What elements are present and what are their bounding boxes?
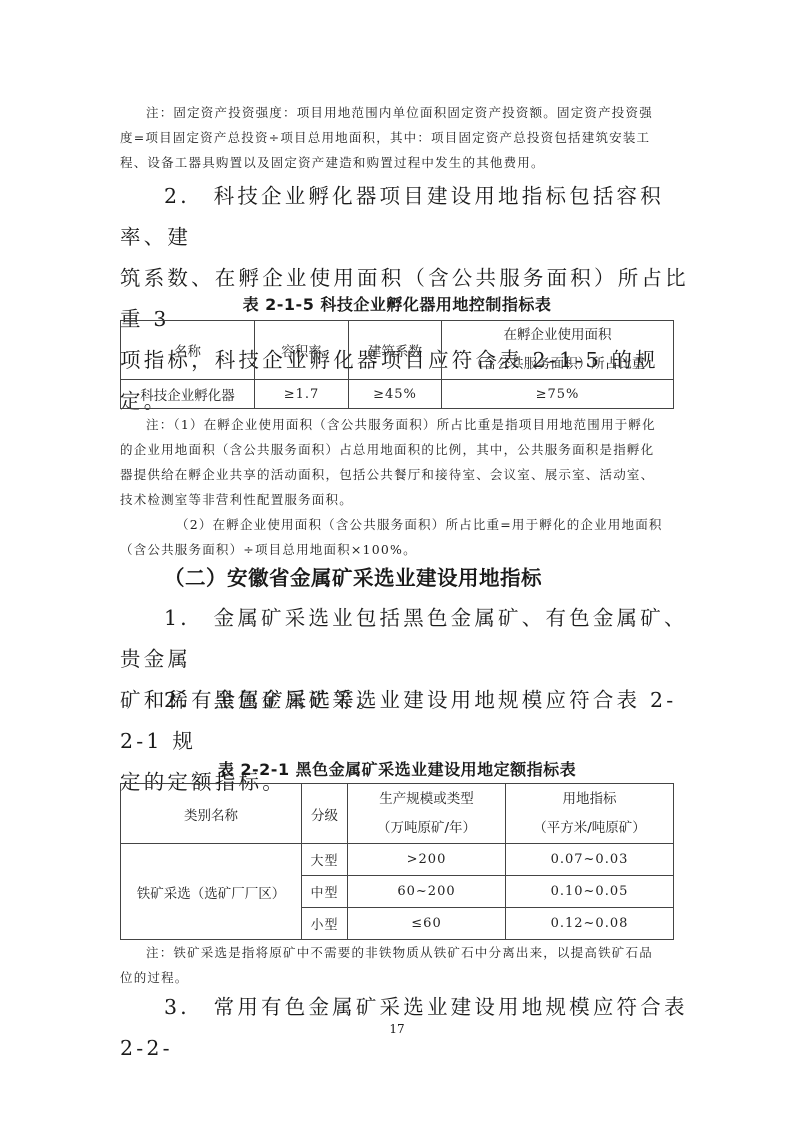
cell-scale: ≤60 — [348, 908, 506, 940]
table-ferrous-mining-land-quota: 类别名称 分级 生产规模或类型 （万吨原矿/年） 用地指标 （平方米/吨原矿） … — [120, 783, 674, 940]
note-line: 注：铁矿采选是指将原矿中不需要的非铁物质从铁矿石中分离出来，以提高铁矿石品 — [120, 940, 690, 965]
note-investment-intensity: 注：固定资产投资强度：项目用地范围内单位面积固定资产投资额。固定资产投资强 度=… — [120, 100, 680, 175]
note-line: 度=项目固定资产总投资÷项目总用地面积，其中：项目固定资产总投资包括建筑安装工 — [120, 125, 680, 150]
table-header-row: 名称 容积率 建筑系数 在孵企业使用面积 （含公共服务面积）所占比重 — [121, 321, 674, 380]
header-line: 用地指标 — [506, 785, 673, 814]
table-row: 铁矿采选（选矿厂厂区） 大型 >200 0.07~0.03 — [121, 844, 674, 876]
header-incubated-area-share: 在孵企业使用面积 （含公共服务面积）所占比重 — [442, 321, 674, 380]
note-line: 注：（1）在孵企业使用面积（含公共服务面积）所占比重是指项目用地范围用于孵化 — [120, 412, 690, 437]
note-table-2-1-5: 注：（1）在孵企业使用面积（含公共服务面积）所占比重是指项目用地范围用于孵化 的… — [120, 412, 690, 562]
note-line: （2）在孵企业使用面积（含公共服务面积）所占比重=用于孵化的企业用地面积 — [120, 512, 690, 537]
section-heading-metal-mining: （二）安徽省金属矿采选业建设用地指标 — [164, 561, 542, 591]
table-header-row: 类别名称 分级 生产规模或类型 （万吨原矿/年） 用地指标 （平方米/吨原矿） — [121, 784, 674, 844]
header-category: 类别名称 — [121, 784, 302, 844]
note-table-2-2-1: 注：铁矿采选是指将原矿中不需要的非铁物质从铁矿石中分离出来，以提高铁矿石品 位的… — [120, 940, 690, 990]
header-land-index: 用地指标 （平方米/吨原矿） — [506, 784, 674, 844]
page-number: 17 — [0, 1022, 794, 1036]
cell-grade: 小型 — [302, 908, 348, 940]
header-line: （平方米/吨原矿） — [506, 814, 673, 843]
table-incubator-land-control: 名称 容积率 建筑系数 在孵企业使用面积 （含公共服务面积）所占比重 科技企业孵… — [120, 320, 674, 409]
header-line: 生产规模或类型 — [348, 785, 505, 814]
note-line: 技术检测室等非营利性配置服务面积。 — [120, 487, 690, 512]
cell-plot-ratio: ≥1.7 — [255, 380, 349, 409]
cell-name: 科技企业孵化器 — [121, 380, 255, 409]
cell-land-index: 0.12~0.08 — [506, 908, 674, 940]
table-row: 科技企业孵化器 ≥1.7 ≥45% ≥75% — [121, 380, 674, 409]
header-plot-ratio: 容积率 — [255, 321, 349, 380]
note-line: 程、设备工器具购置以及固定资产建造和购置过程中发生的其他费用。 — [120, 150, 680, 175]
note-line: 器提供给在孵企业共享的活动面积，包括公共餐厅和接待室、会议室、展示室、活动室、 — [120, 462, 690, 487]
header-line: 在孵企业使用面积 — [442, 321, 673, 350]
paragraph-line: 1． 金属矿采选业包括黑色金属矿、有色金属矿、贵金属 — [120, 598, 690, 680]
header-line: （万吨原矿/年） — [348, 814, 505, 843]
header-line: （含公共服务面积）所占比重 — [442, 350, 673, 379]
note-line: 注：固定资产投资强度：项目用地范围内单位面积固定资产投资额。固定资产投资强 — [120, 100, 680, 125]
cell-scale: 60~200 — [348, 876, 506, 908]
cell-category: 铁矿采选（选矿厂厂区） — [121, 844, 302, 940]
cell-land-index: 0.07~0.03 — [506, 844, 674, 876]
header-name: 名称 — [121, 321, 255, 380]
paragraph-line: 2． 黑色金属矿采选业建设用地规模应符合表 2-2-1 规 — [120, 680, 690, 762]
table-caption-2-2-1: 表 2-2-1 黑色金属矿采选业建设用地定额指标表 — [0, 757, 794, 780]
note-line: 的企业用地面积（含公共服务面积）占总用地面积的比例，其中，公共服务面积是指孵化 — [120, 437, 690, 462]
header-building-coefficient: 建筑系数 — [349, 321, 442, 380]
cell-land-index: 0.10~0.05 — [506, 876, 674, 908]
note-line: （含公共服务面积）÷项目总用地面积×100%。 — [120, 537, 690, 562]
cell-grade: 大型 — [302, 844, 348, 876]
cell-scale: >200 — [348, 844, 506, 876]
header-grade: 分级 — [302, 784, 348, 844]
table-caption-2-1-5: 表 2-1-5 科技企业孵化器用地控制指标表 — [0, 292, 794, 315]
cell-building-coefficient: ≥45% — [349, 380, 442, 409]
cell-incubated-area-share: ≥75% — [442, 380, 674, 409]
header-production-scale: 生产规模或类型 （万吨原矿/年） — [348, 784, 506, 844]
cell-grade: 中型 — [302, 876, 348, 908]
paragraph-line: 2． 科技企业孵化器项目建设用地指标包括容积率、建 — [120, 176, 690, 258]
